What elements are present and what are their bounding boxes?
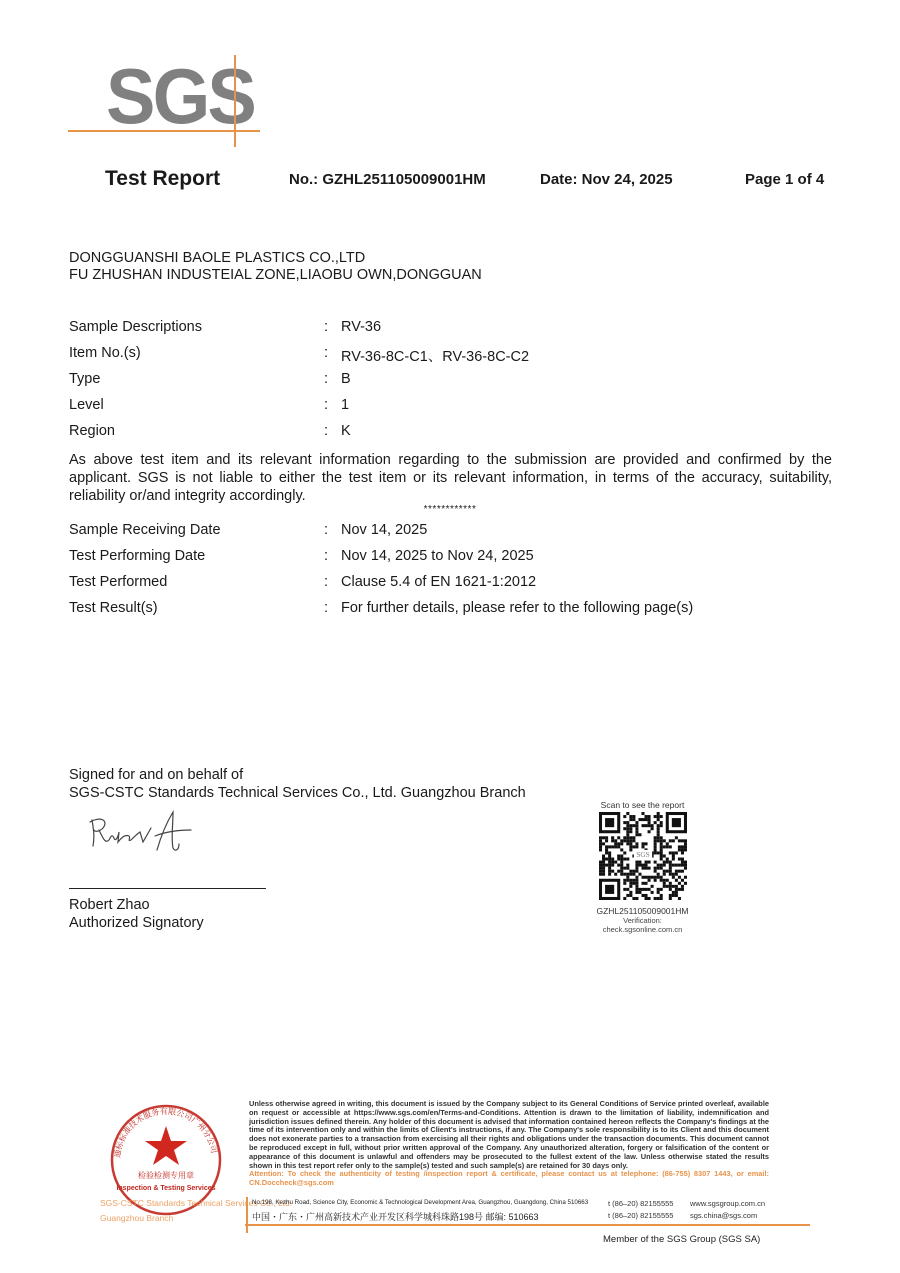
footer-vertical-rule [246, 1197, 248, 1233]
telephone-1: t (86–20) 82155555 [608, 1199, 673, 1208]
qr-verification-label: Verification: [585, 916, 700, 925]
signed-line1: Signed for and on behalf of [69, 766, 526, 784]
signatory-name: Robert Zhao [69, 896, 204, 914]
field-label: Region [69, 423, 115, 439]
field-test-performing-date: Test Performing Date : Nov 14, 2025 to N… [69, 548, 849, 566]
field-sample-receiving-date: Sample Receiving Date : Nov 14, 2025 [69, 522, 849, 540]
qr-caption: Scan to see the report [585, 800, 700, 810]
signed-line2: SGS-CSTC Standards Technical Services Co… [69, 784, 526, 802]
signatory: Robert Zhao Authorized Signatory [69, 896, 204, 932]
report-title: Test Report [105, 167, 220, 191]
sgs-group-member: Member of the SGS Group (SGS SA) [603, 1234, 760, 1245]
qr-report-number: GZHL251105009001HM [585, 906, 700, 916]
svg-text:检验检测专用章: 检验检测专用章 [138, 1170, 194, 1180]
sgs-logo: SGS [68, 55, 268, 147]
field-colon: : [324, 600, 328, 616]
logo-vertical-line [234, 55, 236, 147]
field-colon: : [324, 345, 328, 361]
logo-horizontal-line [68, 130, 260, 132]
field-colon: : [324, 548, 328, 564]
field-item-nos: Item No.(s) : RV-36-8C-C1、RV-36-8C-C2 [69, 345, 849, 363]
field-colon: : [324, 574, 328, 590]
logo-text: SGS [106, 57, 254, 135]
field-label: Test Performing Date [69, 548, 205, 564]
field-sample-descriptions: Sample Descriptions : RV-36 [69, 319, 849, 337]
field-colon: : [324, 371, 328, 387]
applicant-disclaimer: As above test item and its relevant info… [69, 451, 832, 505]
legal-text-2: Attention is drawn to the limitation of … [249, 1108, 769, 1170]
authenticity-attention: Attention: To check the authenticity of … [249, 1170, 769, 1188]
address-chinese: 中国・广东・广州高新技术产业开发区科学城科珠路198号 邮编: 510663 [252, 1210, 539, 1223]
field-colon: : [324, 522, 328, 538]
applicant-block: DONGGUANSHI BAOLE PLASTICS CO.,LTD FU ZH… [69, 250, 482, 284]
handwritten-signature [85, 808, 195, 858]
field-value: Nov 14, 2025 to Nov 24, 2025 [341, 548, 534, 564]
signature-line [69, 888, 266, 889]
field-value: Nov 14, 2025 [341, 522, 427, 538]
field-label: Level [69, 397, 104, 413]
page-number: Page 1 of 4 [745, 171, 824, 188]
field-colon: : [324, 319, 328, 335]
svg-text:Inspection & Testing Services: Inspection & Testing Services [116, 1185, 215, 1192]
field-colon: : [324, 397, 328, 413]
footer-horizontal-rule [245, 1224, 810, 1226]
website-link[interactable]: www.sgsgroup.com.cn [690, 1199, 765, 1208]
field-label: Item No.(s) [69, 345, 141, 361]
field-level: Level : 1 [69, 397, 849, 415]
signatory-role: Authorized Signatory [69, 914, 204, 932]
qr-block: Scan to see the report SGS GZHL251105009… [585, 800, 700, 934]
report-date: Date: Nov 24, 2025 [540, 171, 673, 188]
field-value: Clause 5.4 of EN 1621-1:2012 [341, 574, 536, 590]
field-value: RV-36 [341, 319, 381, 335]
field-test-results: Test Result(s) : For further details, pl… [69, 600, 849, 618]
field-value: For further details, please refer to the… [341, 600, 693, 616]
field-label: Sample Receiving Date [69, 522, 221, 538]
qr-verification: Verification: check.sgsonline.com.cn [585, 916, 700, 934]
field-value: RV-36-8C-C1、RV-36-8C-C2 [341, 345, 529, 366]
field-value: B [341, 371, 351, 387]
telephone-2: t (86–20) 82155555 [608, 1211, 673, 1220]
field-label: Test Performed [69, 574, 167, 590]
separator-stars: ************ [0, 504, 900, 515]
field-label: Type [69, 371, 100, 387]
applicant-address: FU ZHUSHAN INDUSTEIAL ZONE,LIAOBU OWN,DO… [69, 267, 482, 284]
field-label: Test Result(s) [69, 600, 158, 616]
field-test-performed: Test Performed : Clause 5.4 of EN 1621-1… [69, 574, 849, 592]
svg-text:SGS: SGS [636, 851, 649, 859]
field-label: Sample Descriptions [69, 319, 202, 335]
qr-code-icon[interactable]: SGS [599, 812, 687, 900]
applicant-name: DONGGUANSHI BAOLE PLASTICS CO.,LTD [69, 250, 482, 267]
signed-on-behalf: Signed for and on behalf of SGS-CSTC Sta… [69, 766, 526, 802]
email-link[interactable]: sgs.china@sgs.com [690, 1211, 757, 1220]
field-region: Region : K [69, 423, 849, 441]
field-value: K [341, 423, 351, 439]
report-number: No.: GZHL251105009001HM [289, 171, 486, 188]
address-english: No.198, Kezhu Road, Science City, Econom… [252, 1199, 588, 1206]
legal-terms: Unless otherwise agreed in writing, this… [249, 1100, 769, 1188]
terms-link[interactable]: https://www.sgs.com/en/Terms-and-Conditi… [354, 1108, 521, 1117]
field-colon: : [324, 423, 328, 439]
field-value: 1 [341, 397, 349, 413]
field-type: Type : B [69, 371, 849, 389]
qr-verification-url[interactable]: check.sgsonline.com.cn [585, 925, 700, 934]
